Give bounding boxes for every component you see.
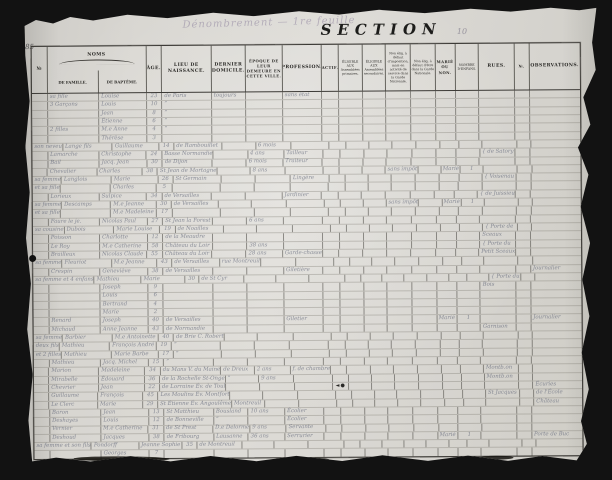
cell-no bbox=[518, 340, 533, 347]
cell-e: 28 ans bbox=[246, 250, 282, 258]
cell-m bbox=[34, 410, 50, 417]
cell-e2 bbox=[364, 308, 388, 315]
cell-n2 bbox=[416, 207, 440, 214]
cell-ma: Marié bbox=[442, 166, 461, 173]
cell-ac bbox=[330, 142, 346, 149]
cell-e bbox=[260, 383, 295, 391]
cell-e bbox=[247, 134, 284, 142]
cell-o bbox=[530, 115, 580, 123]
cell-ma bbox=[436, 157, 456, 164]
cell-ma bbox=[442, 365, 461, 372]
cell-m bbox=[34, 401, 49, 408]
cell-e1 bbox=[341, 316, 365, 323]
cell-n1 bbox=[388, 299, 413, 306]
cell-e: 10 ans bbox=[248, 408, 285, 416]
cell-o bbox=[535, 273, 581, 281]
cell-n2 bbox=[419, 199, 443, 206]
cell-o bbox=[532, 165, 580, 173]
cell-no bbox=[518, 348, 533, 355]
cell-no bbox=[517, 406, 532, 413]
cell-m bbox=[32, 94, 48, 101]
cell-f: Brailleux bbox=[49, 251, 100, 259]
cell-n1 bbox=[389, 432, 414, 439]
cell-no bbox=[519, 257, 533, 264]
cell-n: de Versailles bbox=[164, 317, 213, 325]
cell-n2 bbox=[412, 232, 437, 239]
cell-n2 bbox=[416, 174, 440, 181]
cell-o bbox=[532, 339, 581, 347]
cell-o bbox=[531, 323, 581, 331]
cell-a: 12 bbox=[148, 234, 164, 241]
cell-en bbox=[462, 373, 485, 380]
cell-en: 1 bbox=[457, 315, 481, 322]
cell-f: Faure le je. bbox=[49, 218, 100, 226]
cell-o bbox=[530, 123, 580, 131]
cell-b: Édouard bbox=[99, 376, 145, 384]
cell-n bbox=[164, 292, 213, 300]
cell-p bbox=[283, 109, 323, 117]
cell-no bbox=[517, 448, 532, 455]
cell-ma bbox=[438, 448, 458, 455]
cell-p bbox=[283, 125, 323, 133]
cell-e bbox=[247, 267, 284, 275]
cell-o bbox=[530, 90, 580, 98]
cell-ac bbox=[329, 175, 345, 182]
cell-e1 bbox=[347, 366, 370, 373]
cell-n1 bbox=[395, 374, 419, 381]
cell-n1 bbox=[386, 191, 411, 198]
cell-ma bbox=[436, 99, 456, 106]
cell-no bbox=[515, 90, 530, 97]
cell-m bbox=[34, 451, 50, 458]
cell-n2 bbox=[411, 99, 436, 106]
cell-n1 bbox=[393, 349, 417, 356]
cell-b: Jeanne Sophie bbox=[139, 442, 183, 450]
cell-b: Charlotte bbox=[100, 234, 147, 242]
cell-en bbox=[461, 332, 484, 339]
cell-n2 bbox=[412, 266, 437, 273]
cell-a: 29 bbox=[143, 401, 158, 408]
cell-ma: Marié bbox=[438, 432, 458, 439]
cell-e2 bbox=[364, 266, 388, 273]
cell-e bbox=[246, 117, 283, 125]
cell-ac bbox=[325, 449, 342, 456]
cell-e bbox=[249, 450, 286, 458]
cell-en bbox=[462, 257, 485, 264]
cell-o bbox=[531, 298, 581, 306]
cell-en bbox=[456, 216, 480, 223]
cell-n: de Fribourg bbox=[165, 434, 214, 442]
cell-a: 17 bbox=[157, 209, 172, 216]
cell-m: sa cousine bbox=[33, 227, 65, 235]
cell-no bbox=[517, 140, 531, 147]
cell-e2 bbox=[364, 150, 388, 157]
cell-f: 2 filles bbox=[48, 127, 99, 135]
cell-a: 19 bbox=[157, 342, 173, 349]
cell-n bbox=[164, 301, 213, 309]
cell-f: Mathieu bbox=[50, 359, 101, 367]
cell-e bbox=[255, 175, 291, 183]
cell-b: Louis bbox=[101, 417, 148, 425]
cell-e1 bbox=[347, 225, 370, 232]
cell-o: Château bbox=[534, 398, 582, 406]
cell-ac bbox=[323, 241, 340, 248]
cell-o bbox=[533, 256, 581, 264]
cell-b: M.e Anne bbox=[99, 126, 146, 134]
cell-n: Château du Loir bbox=[163, 242, 212, 250]
cell-en bbox=[454, 191, 478, 198]
cell-o bbox=[532, 406, 582, 414]
cell-f: Chevalier bbox=[48, 168, 97, 176]
cell-b: Guillaume bbox=[113, 143, 159, 151]
cell-ac bbox=[322, 192, 339, 199]
cell-ac bbox=[323, 250, 340, 257]
cell-e2 bbox=[364, 283, 388, 290]
cell-e1 bbox=[360, 441, 382, 448]
cell-e2 bbox=[369, 208, 392, 215]
cell-en bbox=[456, 99, 480, 106]
cell-n1: sans impôt bbox=[385, 166, 418, 174]
cell-en bbox=[457, 290, 481, 297]
cell-ac bbox=[331, 225, 347, 232]
cell-no bbox=[519, 381, 533, 388]
cell-f: Michaud bbox=[49, 326, 100, 334]
cell-d: toujours bbox=[212, 92, 247, 100]
cell-p bbox=[286, 167, 324, 175]
cell-ma bbox=[444, 390, 463, 397]
cell-f: Deshoud bbox=[50, 434, 101, 442]
cell-ac bbox=[325, 433, 342, 440]
cell-f: Marion bbox=[49, 368, 99, 376]
cell-n: du Mans V. du Maine bbox=[161, 367, 222, 375]
cell-e1 bbox=[340, 150, 364, 157]
cell-n bbox=[165, 450, 214, 458]
cell-m bbox=[34, 310, 50, 317]
cell-ma: Marié bbox=[437, 315, 457, 322]
cell-a: 22 bbox=[145, 384, 160, 391]
cell-e1 bbox=[340, 158, 364, 165]
cell-a: 3 bbox=[147, 135, 163, 142]
cell-n: de Brie C. Robert bbox=[174, 334, 225, 342]
cell-b: Joseph bbox=[100, 284, 147, 292]
cell-no bbox=[518, 332, 532, 339]
cell-a: 9 bbox=[148, 284, 164, 291]
cell-ru bbox=[479, 99, 515, 107]
cell-ma bbox=[440, 340, 459, 347]
cell-f: Le Roy bbox=[49, 243, 100, 251]
cell-n2 bbox=[427, 274, 450, 281]
cell-n: de Normandie bbox=[164, 325, 213, 333]
cell-no bbox=[518, 365, 532, 372]
cell-n bbox=[173, 184, 221, 192]
cell-p bbox=[283, 100, 323, 108]
cell-ac bbox=[345, 441, 361, 448]
cell-e1 bbox=[339, 133, 363, 140]
cell-no bbox=[515, 149, 530, 156]
cell-f: Lorieux bbox=[48, 193, 99, 201]
cell-e1 bbox=[341, 308, 365, 315]
cell-o bbox=[531, 240, 581, 248]
cell-n1 bbox=[404, 274, 427, 281]
cell-d bbox=[213, 309, 248, 317]
cell-m bbox=[34, 418, 50, 425]
cell-b: Louis bbox=[99, 101, 146, 109]
cell-e2 bbox=[369, 175, 392, 182]
cell-f bbox=[48, 135, 99, 143]
cell-ac bbox=[323, 216, 340, 223]
cell-p bbox=[294, 374, 332, 382]
cell-f: Le Clerc bbox=[49, 401, 98, 409]
cell-m bbox=[33, 268, 49, 275]
cell-d bbox=[214, 450, 249, 458]
cell-ac bbox=[324, 408, 341, 415]
cell-b: Jean bbox=[99, 110, 146, 118]
cell-p bbox=[298, 391, 336, 399]
cell-no bbox=[516, 290, 531, 297]
cell-n1 bbox=[392, 341, 416, 348]
cell-n2 bbox=[417, 224, 441, 231]
cell-en bbox=[456, 91, 480, 98]
cell-p: Giletier bbox=[284, 316, 324, 324]
cell-e1 bbox=[353, 399, 376, 406]
cell-e2 bbox=[364, 200, 387, 207]
cell-o bbox=[531, 231, 581, 239]
cell-f bbox=[49, 310, 100, 318]
cell-e bbox=[255, 209, 291, 217]
cell-e2 bbox=[382, 440, 404, 447]
cell-ru: Petit Sceaux bbox=[479, 249, 516, 257]
cell-en bbox=[459, 207, 482, 214]
cell-e2 bbox=[363, 249, 387, 256]
cell-ac bbox=[337, 399, 353, 406]
cell-n1 bbox=[388, 282, 413, 289]
cell-no bbox=[520, 398, 534, 405]
cell-a: 38 bbox=[148, 268, 164, 275]
cell-e2 bbox=[365, 416, 389, 423]
cell-b: Jacq. Michel bbox=[101, 359, 148, 367]
cell-no bbox=[522, 440, 536, 447]
cell-ru bbox=[490, 440, 523, 448]
cell-e1 bbox=[341, 432, 365, 439]
cell-ma bbox=[440, 182, 459, 189]
cell-o bbox=[532, 423, 582, 431]
cell-en bbox=[457, 299, 481, 306]
cell-e: 9 ans bbox=[259, 375, 294, 383]
cell-en bbox=[464, 398, 487, 405]
cell-no bbox=[516, 307, 531, 314]
cell-ru bbox=[482, 207, 517, 215]
cell-no bbox=[519, 373, 533, 380]
cell-no bbox=[516, 265, 531, 272]
cell-b: Marie Barbe bbox=[112, 351, 158, 359]
cell-p bbox=[284, 308, 324, 316]
cell-n2 bbox=[414, 424, 439, 431]
cell-b: Geneviève bbox=[100, 268, 147, 276]
cell-d bbox=[212, 159, 247, 167]
cell-o bbox=[531, 140, 580, 148]
cell-ru bbox=[481, 298, 517, 306]
cell-ac bbox=[323, 125, 340, 132]
cell-b: Étienne bbox=[99, 118, 146, 126]
cell-e bbox=[248, 358, 285, 366]
cell-n2 bbox=[413, 415, 438, 422]
cell-e2 bbox=[375, 391, 398, 398]
cell-e1 bbox=[341, 324, 365, 331]
cell-p: Giletière bbox=[284, 266, 324, 274]
cell-n: St Jean la Forest bbox=[163, 217, 212, 225]
cell-e1 bbox=[349, 383, 372, 390]
cell-ma bbox=[437, 149, 457, 156]
cell-e bbox=[248, 317, 285, 325]
column-header-famille: DE FAMILLE. bbox=[48, 71, 99, 93]
cell-m: et sa fille bbox=[33, 185, 61, 193]
cell-ru: { Porte du bbox=[480, 240, 516, 248]
cell-en bbox=[463, 390, 486, 397]
cell-no bbox=[516, 323, 531, 330]
cell-f: Guillaume bbox=[49, 393, 98, 401]
cell-n1 bbox=[388, 241, 413, 248]
cell-f bbox=[48, 110, 99, 118]
cell-e1 bbox=[339, 125, 363, 132]
cell-ru: Garnison bbox=[481, 323, 517, 331]
cell-ma bbox=[441, 349, 460, 356]
cell-e bbox=[247, 234, 284, 242]
cell-f bbox=[49, 301, 100, 309]
cell-d bbox=[221, 209, 255, 217]
cell-n: de Rambouillet bbox=[174, 142, 222, 150]
cell-ac bbox=[323, 133, 340, 140]
cell-e bbox=[246, 109, 283, 117]
cell-m bbox=[32, 110, 48, 117]
cell-n1 bbox=[392, 174, 416, 181]
cell-m bbox=[33, 235, 49, 242]
cell-e1 bbox=[345, 183, 368, 190]
cell-d: ” bbox=[214, 417, 249, 425]
cell-ru: St Jacques bbox=[486, 390, 520, 398]
cell-d bbox=[213, 325, 248, 333]
cell-ac bbox=[322, 108, 339, 115]
cell-no bbox=[516, 190, 531, 197]
cell-ma bbox=[437, 282, 457, 289]
cell-b: Jean bbox=[101, 409, 148, 417]
cell-d bbox=[214, 358, 249, 366]
cell-p: Garde-chasse bbox=[283, 250, 323, 258]
cell-n2 bbox=[419, 257, 443, 264]
cell-b: Louise bbox=[99, 93, 146, 101]
cell-a: 55 bbox=[147, 251, 163, 258]
cell-p bbox=[284, 300, 324, 308]
cell-m bbox=[34, 376, 49, 383]
cell-m bbox=[34, 327, 50, 334]
cell-e: 38 ans bbox=[247, 242, 284, 250]
cell-e1 bbox=[348, 333, 371, 340]
cell-e2 bbox=[365, 407, 389, 414]
cell-ma bbox=[437, 290, 457, 297]
cell-e bbox=[248, 300, 285, 308]
cell-e1 bbox=[340, 266, 364, 273]
cell-b: Bertrand bbox=[101, 301, 148, 309]
cell-a: 15 bbox=[148, 359, 164, 366]
cell-n: St Jean de Mortagne bbox=[158, 167, 218, 175]
cell-o bbox=[533, 331, 582, 339]
cell-e1 bbox=[343, 424, 367, 431]
cell-a: 38 bbox=[149, 434, 165, 441]
column-header-epoque: ÉPOQUE DE LEUR DEMEURE EN CETTE VILLE. bbox=[246, 45, 283, 91]
cell-e bbox=[256, 350, 292, 358]
cell-o: Porte de Buc bbox=[532, 431, 582, 439]
cell-ru bbox=[485, 381, 519, 389]
cell-a: 12 bbox=[149, 417, 165, 424]
cell-o bbox=[531, 190, 581, 198]
cell-n1 bbox=[395, 382, 419, 389]
cell-ru bbox=[481, 307, 517, 315]
cell-a: 5 bbox=[157, 184, 172, 191]
cell-p bbox=[285, 449, 325, 457]
cell-n1 bbox=[394, 366, 418, 373]
cell-b: Marie Louise bbox=[114, 226, 160, 234]
cell-n2 bbox=[416, 183, 440, 190]
cell-e bbox=[246, 125, 283, 133]
cell-e bbox=[249, 416, 286, 424]
cell-ma bbox=[436, 249, 456, 256]
cell-p: Tailleur bbox=[284, 150, 323, 158]
cell-f: Lamarche bbox=[48, 152, 99, 160]
cell-b: M.e Jeanne bbox=[112, 259, 158, 267]
cell-ma bbox=[437, 299, 457, 306]
cell-n2 bbox=[417, 349, 441, 356]
cell-f: Langlois bbox=[62, 177, 112, 185]
cell-m bbox=[32, 119, 48, 126]
cell-p bbox=[296, 258, 334, 266]
cell-p bbox=[294, 333, 332, 341]
cell-ac bbox=[334, 258, 350, 265]
cell-o bbox=[536, 439, 582, 447]
cell-d bbox=[224, 225, 258, 233]
cell-ac bbox=[324, 358, 341, 365]
cell-o bbox=[531, 356, 581, 364]
cell-n: de Paris bbox=[162, 93, 211, 101]
cell-e1 bbox=[361, 274, 383, 281]
cell-d bbox=[213, 292, 248, 300]
cell-no bbox=[515, 132, 530, 139]
cell-ru bbox=[479, 116, 515, 124]
cell-o: Journalier bbox=[531, 265, 581, 273]
cell-no bbox=[517, 415, 532, 422]
cell-a: 4 bbox=[147, 126, 163, 133]
hole-punch-icon bbox=[29, 255, 36, 262]
cell-n: de la Rochelle St-Onge bbox=[160, 375, 226, 383]
cell-ru bbox=[482, 423, 517, 431]
cell-o bbox=[533, 348, 582, 356]
cell-a: 19 bbox=[160, 226, 175, 233]
cell-no bbox=[517, 182, 532, 189]
cell-b: Sulpice bbox=[100, 193, 147, 201]
cell-e1 bbox=[341, 200, 364, 207]
cell-n: ” bbox=[174, 350, 222, 358]
cell-e: 2 ans bbox=[255, 366, 291, 374]
cell-n1 bbox=[398, 399, 422, 406]
cell-n2 bbox=[413, 407, 438, 414]
cell-n: de Lorraine Év. de Toul bbox=[160, 384, 226, 392]
cell-en bbox=[460, 340, 483, 347]
cell-o bbox=[532, 448, 582, 456]
cell-e2 bbox=[363, 108, 387, 115]
cell-e1 bbox=[339, 108, 363, 115]
cell-e1 bbox=[341, 358, 365, 365]
cell-a: 23 bbox=[147, 93, 163, 100]
cell-a: 58 bbox=[148, 243, 164, 250]
cell-ma bbox=[440, 174, 459, 181]
